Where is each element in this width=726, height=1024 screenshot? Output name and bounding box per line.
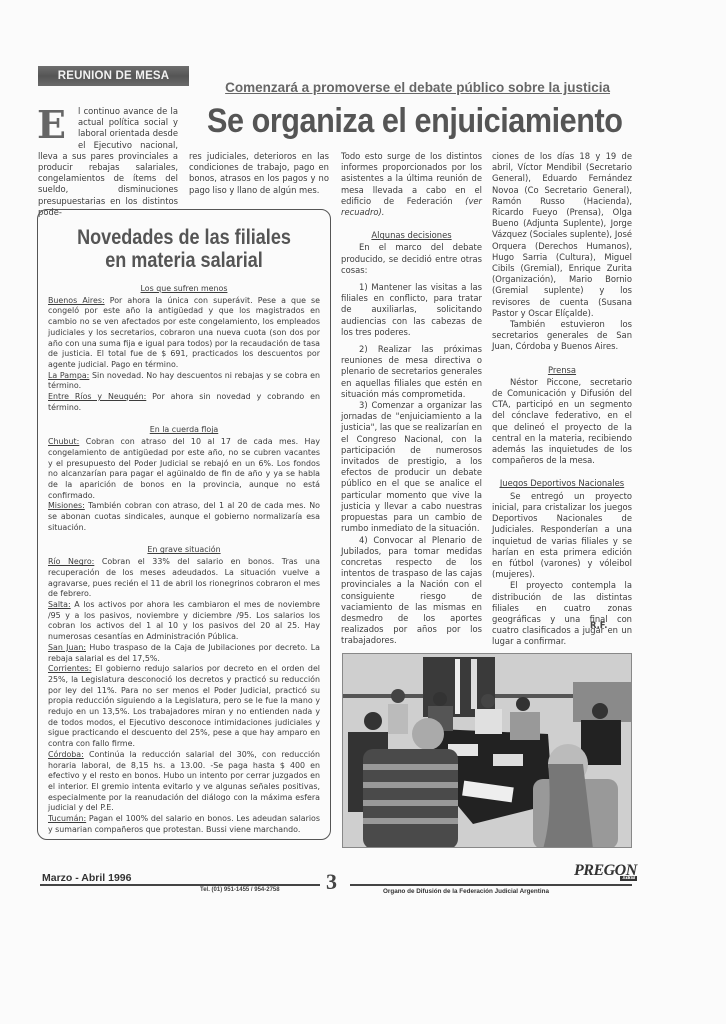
intro-text-2: res judiciales, deterioros en las condic… — [189, 151, 329, 195]
issue-date: Marzo - Abril 1996 — [42, 872, 131, 884]
box-section-heading: En grave situación — [48, 545, 320, 556]
footer-rule-right — [350, 884, 632, 886]
box-title: Novedades de las filiales en materia sal… — [67, 226, 301, 272]
province-text: Por ahora la única con superávit. Pese a… — [48, 296, 320, 369]
decision-3: 3) Comenzar a organizar las jornadas de … — [341, 400, 482, 534]
article-kicker: Comenzará a promoverse el debate público… — [214, 80, 610, 95]
decision-1: 1) Mantener las visitas a las filiales e… — [341, 282, 482, 338]
province-label: Buenos Aires: — [48, 296, 105, 305]
province-label: Tucumán: — [48, 814, 86, 823]
box-item: Entre Ríos y Neuquén: Por ahora sin nove… — [48, 392, 320, 413]
province-label: Río Negro: — [48, 557, 94, 566]
juegos-paragraph-1: Se entregó un proyecto inicial, para cri… — [492, 491, 632, 581]
page-number: 3 — [326, 869, 337, 895]
decision-4: 4) Convocar al Plenario de Jubilados, pa… — [341, 535, 482, 647]
publication-tagline: Organo de Difusión de la Federación Judi… — [383, 888, 549, 895]
province-text: El gobierno redujo salarios por decreto … — [48, 664, 320, 748]
province-text: Continúa la reducción salarial del 30%, … — [48, 750, 320, 813]
heading-algunas-decisiones: Algunas decisiones — [341, 230, 482, 241]
province-label: Misiones: — [48, 501, 85, 510]
box-item: Buenos Aires: Por ahora la única con sup… — [48, 296, 320, 371]
drop-cap: E — [37, 108, 66, 142]
province-label: Entre Ríos y Neuquén: — [48, 392, 146, 401]
col4-paragraph-2: También estuvieron los secretarios gener… — [492, 319, 632, 353]
box-item: Córdoba: Continúa la reducción salarial … — [48, 750, 320, 814]
box-item: San Juan: Hubo traspaso de la Caja de Ju… — [48, 643, 320, 664]
phone-number: Tel. (01) 951-1455 / 954-2758 — [200, 887, 280, 893]
intro-column-1: E l continuo avance de la actual polític… — [38, 106, 178, 218]
province-text: A los activos por ahora les cambiaron el… — [48, 600, 320, 641]
box-item: Salta: A los activos por ahora les cambi… — [48, 600, 320, 643]
footer-rule-left — [40, 884, 320, 886]
box-item: Río Negro: Cobran el 33% del salario en … — [48, 557, 320, 600]
article-headline: Se organiza el enjuiciamiento — [207, 99, 569, 143]
col3-paragraph-2: En el marco del debate producido, se dec… — [341, 242, 482, 276]
prensa-paragraph: Néstor Piccone, secretario de Comunicaci… — [492, 377, 632, 467]
byline: R.F. — [590, 620, 607, 630]
province-text: También cobran con atraso, del 1 al 20 d… — [48, 501, 320, 531]
pregon-logo: PREGONJudicial — [574, 862, 637, 880]
box-item: Tucumán: Pagan el 100% del salario en bo… — [48, 814, 320, 835]
box-item: Corrientes: El gobierno redujo salarios … — [48, 664, 320, 750]
col4-paragraph-1: ciones de los días 18 y 19 de abril, Víc… — [492, 151, 632, 319]
col3-paragraph-1: Todo esto surge de los distintos informe… — [341, 151, 482, 206]
box-section-heading: En la cuerda floja — [48, 425, 320, 436]
province-text: Cobran con atraso del 10 al 17 de cada m… — [48, 437, 320, 500]
box-title-line-1: Novedades de las filiales — [67, 226, 301, 249]
province-text: Sin novedad. No hay descuentos ni rebaja… — [48, 371, 320, 391]
logo-subtext: Judicial — [620, 876, 637, 881]
box-content: Los que sufren menos Buenos Aires: Por a… — [48, 284, 320, 835]
province-label: Chubut: — [48, 437, 79, 446]
article-column-3: Todo esto surge de los distintos informe… — [341, 151, 482, 682]
province-label: Salta: — [48, 600, 71, 609]
intro-column-2: res judiciales, deterioros en las condic… — [189, 151, 329, 196]
box-section-heading: Los que sufren menos — [48, 284, 320, 295]
meeting-photo — [342, 653, 632, 848]
province-label: La Pampa: — [48, 371, 89, 380]
province-label: Córdoba: — [48, 750, 84, 759]
filiales-sidebar-box: Novedades de las filiales en materia sal… — [37, 209, 331, 840]
decision-2: 2) Realizar las próximas reuniones de me… — [341, 344, 482, 400]
box-title-line-2: en materia salarial — [67, 249, 301, 272]
province-label: Corrientes: — [48, 664, 91, 673]
box-item: La Pampa: Sin novedad. No hay descuentos… — [48, 371, 320, 392]
heading-prensa: Prensa — [492, 365, 632, 376]
heading-juegos: Juegos Deportivos Nacionales — [492, 478, 632, 489]
box-item: Misiones: También cobran con atraso, del… — [48, 501, 320, 533]
box-item: Chubut: Cobran con atraso del 10 al 17 d… — [48, 437, 320, 501]
province-text: Pagan el 100% del salario en bonos. Les … — [48, 814, 320, 834]
province-label: San Juan: — [48, 643, 86, 652]
article-column-4: ciones de los días 18 y 19 de abril, Víc… — [492, 151, 632, 648]
province-text: Hubo traspaso de la Caja de Jubilaciones… — [48, 643, 320, 663]
juegos-paragraph-2: El proyecto contempla la distribución de… — [492, 580, 632, 647]
section-label: REUNION DE MESA — [38, 66, 189, 86]
